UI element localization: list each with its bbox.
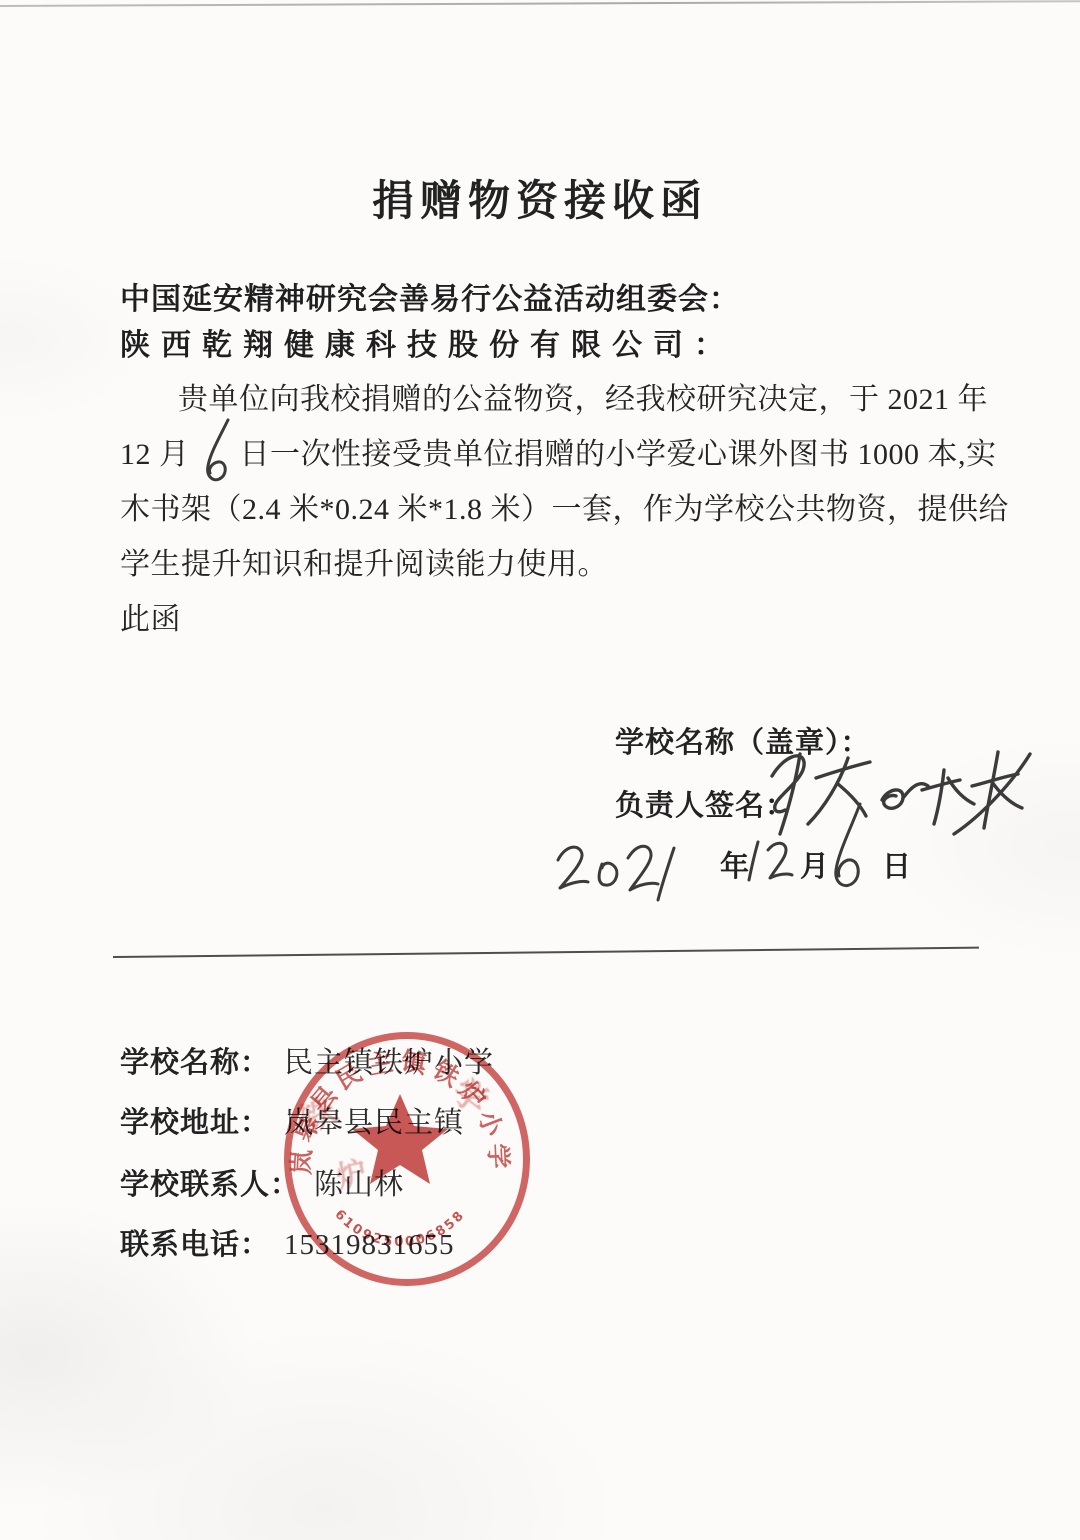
- section-divider: [113, 947, 979, 958]
- contact-person-label: 学校联系人：: [120, 1162, 300, 1203]
- phone-label: 联系电话：: [120, 1222, 270, 1263]
- body-line-1: 贵单位向我校捐赠的公益物资，经我校研究决定，于 2021 年: [120, 372, 1020, 427]
- date-day-char: 日: [882, 844, 911, 885]
- closing-line: 此函: [120, 592, 1020, 647]
- school-seal-stamp: 岚皋县民主镇铁炉小学 6109250006858: [284, 1032, 530, 1286]
- body-line-2: 12 月 日一次性接受贵单位捐赠的小学爱心课外图书 1000 本,实: [120, 427, 1020, 482]
- body-line-2-prefix: 12 月: [120, 427, 190, 482]
- handwriting-body-day: [198, 416, 240, 484]
- recipient-line-1: 中国延安精神研究会善易行公益活动组委会：: [120, 274, 740, 318]
- school-name-label: 学校名称：: [120, 1040, 270, 1081]
- body-line-3: 木书架（2.4 米*0.24 米*1.8 米）一套，作为学校公共物资，提供给: [120, 482, 1020, 537]
- document-title: 捐赠物资接收函: [372, 168, 708, 228]
- body-paragraph: 贵单位向我校捐赠的公益物资，经我校研究决定，于 2021 年 12 月 日一次性…: [120, 372, 1020, 647]
- scan-edge-line: [0, 0, 1080, 7]
- svg-text:6109250006858: 6109250006858: [331, 1207, 468, 1250]
- handwriting-year: [552, 828, 702, 903]
- date-month-char: 月: [800, 844, 829, 885]
- body-line-2-suffix: 日一次性接受贵单位捐赠的小学爱心课外图书 1000 本,实: [240, 427, 997, 482]
- seal-star-icon: [352, 1094, 448, 1184]
- school-address-label: 学校地址：: [120, 1100, 270, 1141]
- handwriting-month: [744, 836, 794, 884]
- seal-code: 6109250006858: [331, 1207, 468, 1250]
- handwriting-signature: [758, 742, 1043, 850]
- document-page: 捐赠物资接收函 中国延安精神研究会善易行公益活动组委会： 陕西乾翔健康科技股份有…: [0, 0, 1080, 1540]
- recipient-line-2: 陕西乾翔健康科技股份有限公司：: [120, 320, 735, 364]
- handwriting-day: [826, 800, 874, 892]
- body-line-4: 学生提升知识和提升阅读能力使用。: [120, 537, 1020, 592]
